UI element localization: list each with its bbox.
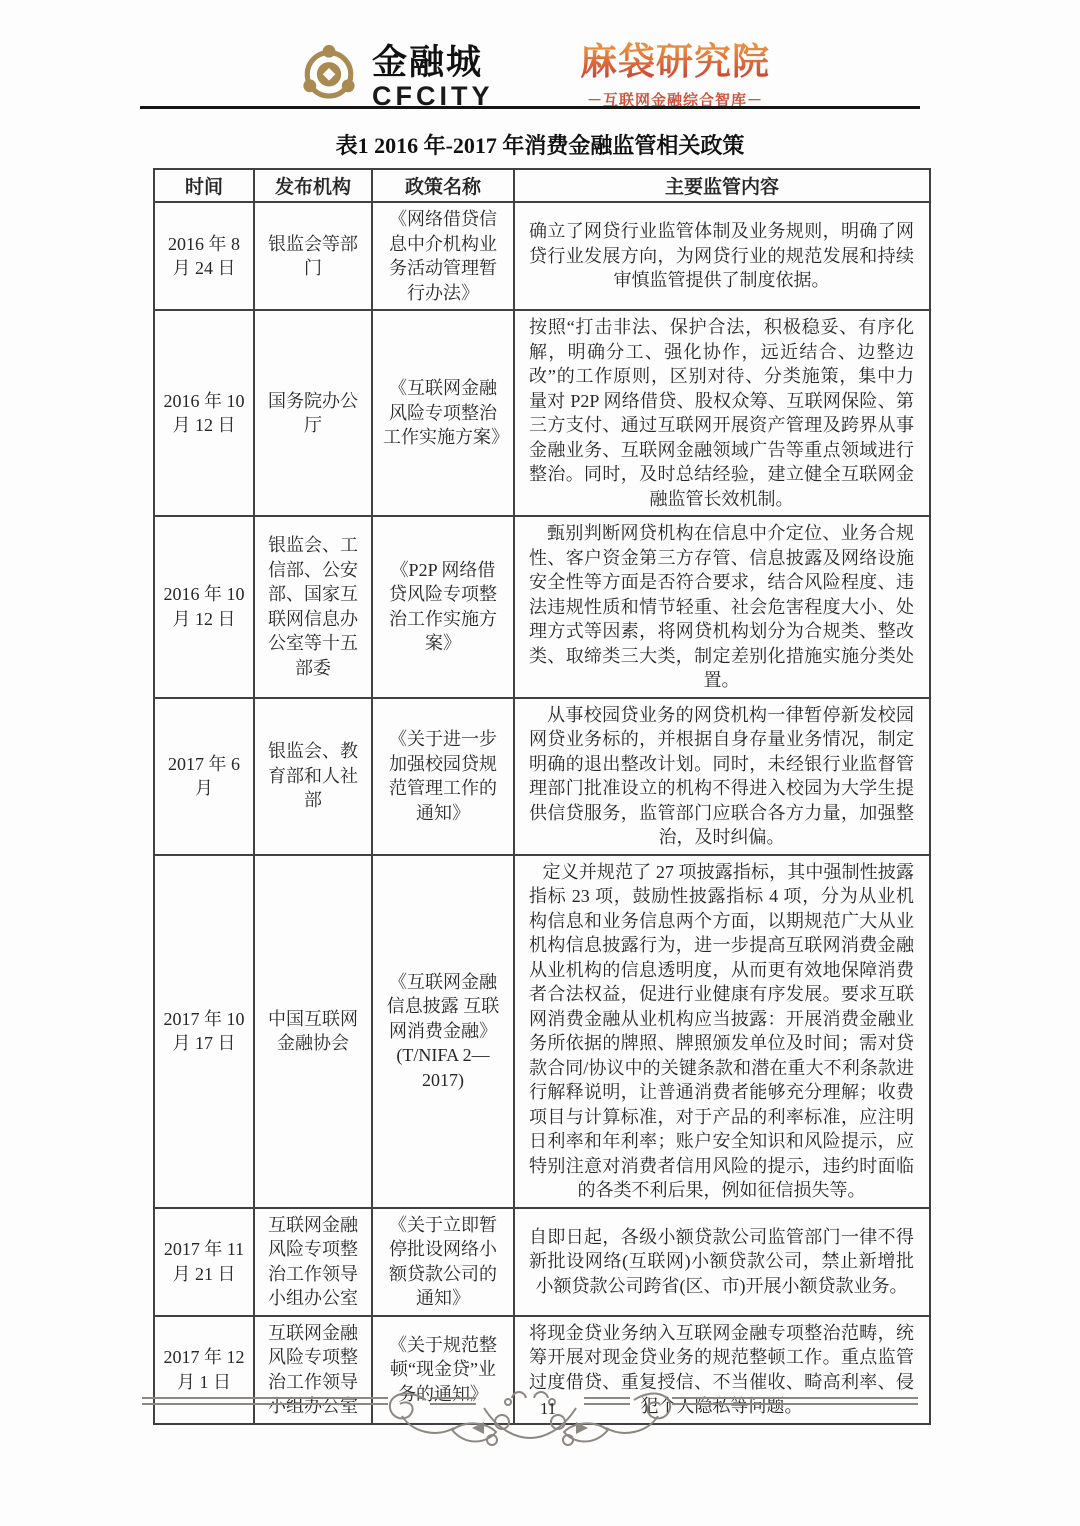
table-row: 2016 年 10 月 12 日 银监会、工信部、公安部、国家互联网信息办公室等… — [154, 516, 930, 698]
cell-time: 2017 年 6 月 — [154, 698, 254, 855]
cell-time: 2016 年 8 月 24 日 — [154, 202, 254, 310]
cell-agency: 银监会、工信部、公安部、国家互联网信息办公室等十五部委 — [254, 516, 372, 698]
cell-time: 2017 年 10 月 17 日 — [154, 855, 254, 1208]
cell-policy-name: 《关于进一步加强校园贷规范管理工作的通知》 — [372, 698, 514, 855]
cfcity-emblem-icon — [297, 40, 361, 106]
cell-time: 2017 年 11 月 21 日 — [154, 1208, 254, 1316]
table-row: 2017 年 11 月 21 日 互联网金融风险专项整治工作领导小组办公室 《关… — [154, 1208, 930, 1316]
cell-agency: 银监会等部门 — [254, 202, 372, 310]
logo-cfcity-name: 金融城 — [372, 44, 494, 82]
cell-agency: 中国互联网金融协会 — [254, 855, 372, 1208]
document-page: 金融城 CFCITY 麻袋研究院 －互联网金融综合智库－ 表1 2016 年-2… — [0, 0, 1080, 1526]
logo-madai-name: 麻袋研究院 — [575, 42, 775, 82]
policy-table-body: 2016 年 8 月 24 日 银监会等部门 《网络借贷信息中介机构业务活动管理… — [154, 202, 930, 1424]
table-row: 2017 年 6 月 银监会、教育部和人社部 《关于进一步加强校园贷规范管理工作… — [154, 698, 930, 855]
cell-regulatory-content: 从事校园贷业务的网贷机构一律暂停新发校园网贷业务标的，并根据自身存量业务情况，制… — [514, 698, 930, 855]
cell-time: 2016 年 10 月 12 日 — [154, 310, 254, 516]
cell-policy-name: 《互联网金融信息披露 互联网消费金融》(T/NIFA 2—2017) — [372, 855, 514, 1208]
cell-time: 2016 年 10 月 12 日 — [154, 516, 254, 698]
logo-cfcity: 金融城 CFCITY — [372, 44, 494, 109]
cell-policy-name: 《互联网金融风险专项整治工作实施方案》 — [372, 310, 514, 516]
cell-regulatory-content: 定义并规范了 27 项披露指标，其中强制性披露指标 23 项，鼓励性披露指标 4… — [514, 855, 930, 1208]
table-row: 2017 年 10 月 17 日 中国互联网金融协会 《互联网金融信息披露 互联… — [154, 855, 930, 1208]
cell-agency: 国务院办公厅 — [254, 310, 372, 516]
table-title: 表1 2016 年-2017 年消费金融监管相关政策 — [0, 129, 1080, 160]
table-row: 2016 年 8 月 24 日 银监会等部门 《网络借贷信息中介机构业务活动管理… — [154, 202, 930, 310]
column-header-content: 主要监管内容 — [514, 169, 930, 202]
page-number: 11 — [0, 1399, 1080, 1419]
cell-agency: 银监会、教育部和人社部 — [254, 698, 372, 855]
column-header-agency: 发布机构 — [254, 169, 372, 202]
cell-regulatory-content: 甄别判断网贷机构在信息中介定位、业务合规性、客户资金第三方存管、信息披露及网络设… — [514, 516, 930, 698]
cell-policy-name: 《关于立即暂停批设网络小额贷款公司的通知》 — [372, 1208, 514, 1316]
cell-policy-name: 《P2P 网络借贷风险专项整治工作实施方案》 — [372, 516, 514, 698]
column-header-time: 时间 — [154, 169, 254, 202]
cell-regulatory-content: 自即日起，各级小额贷款公司监管部门一律不得新批设网络(互联网)小额贷款公司，禁止… — [514, 1208, 930, 1316]
cell-regulatory-content: 确立了网贷行业监管体制及业务规则，明确了网贷行业发展方向，为网贷行业的规范发展和… — [514, 202, 930, 310]
cell-policy-name: 《网络借贷信息中介机构业务活动管理暂行办法》 — [372, 202, 514, 310]
policy-table: 时间 发布机构 政策名称 主要监管内容 2016 年 8 月 24 日 银监会等… — [153, 168, 931, 1425]
column-header-policy: 政策名称 — [372, 169, 514, 202]
table-header-row: 时间 发布机构 政策名称 主要监管内容 — [154, 169, 930, 202]
table-row: 2016 年 10 月 12 日 国务院办公厅 《互联网金融风险专项整治工作实施… — [154, 310, 930, 516]
cell-agency: 互联网金融风险专项整治工作领导小组办公室 — [254, 1208, 372, 1316]
header-divider — [140, 106, 920, 109]
logo-madai: 麻袋研究院 －互联网金融综合智库－ — [575, 42, 775, 110]
cell-regulatory-content: 按照“打击非法、保护合法，积极稳妥、有序化解，明确分工、强化协作，远近结合、边整… — [514, 310, 930, 516]
page-header: 金融城 CFCITY 麻袋研究院 －互联网金融综合智库－ — [0, 0, 1080, 110]
